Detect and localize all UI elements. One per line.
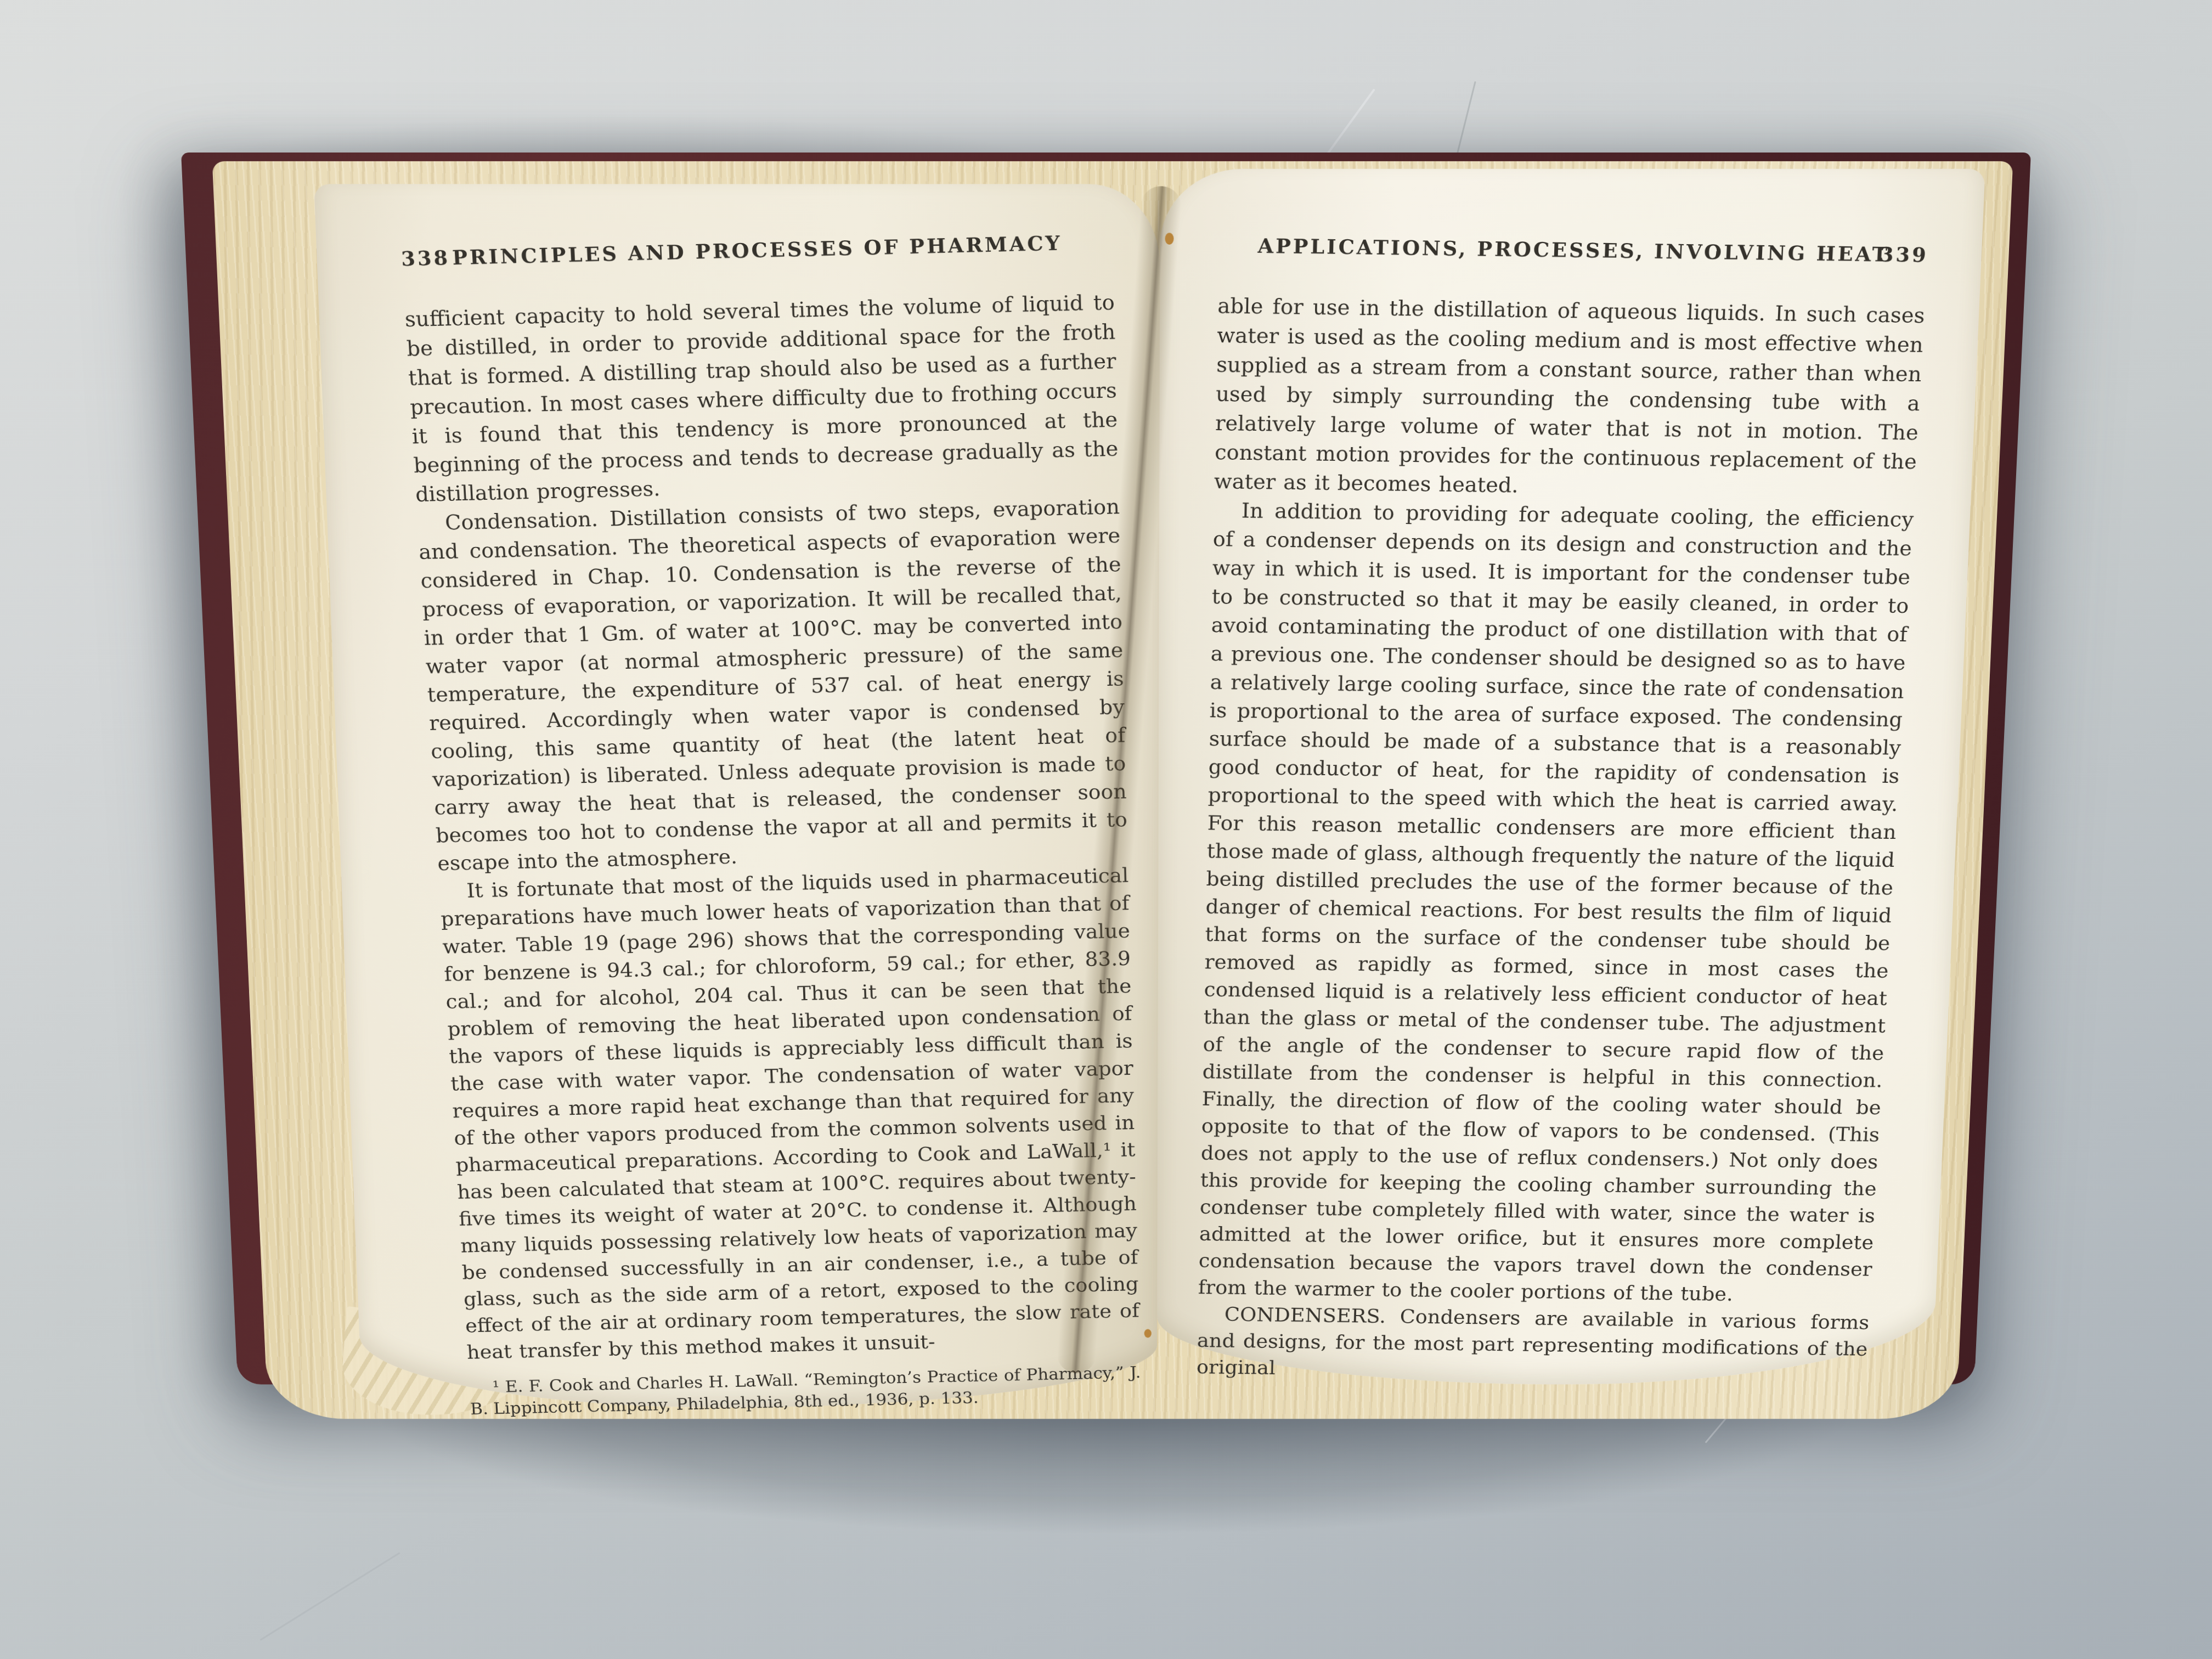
right-page-text: able for use in the distillation of aque… (1197, 291, 1926, 1389)
paragraph: Condensation. Distillation consists of t… (416, 493, 1128, 878)
photo-of-open-book: { "colors": { "background_top": "#dcdedd… (0, 0, 2212, 1659)
left-running-head: 338 PRINCIPLES AND PROCESSES OF PHARMACY (400, 230, 1114, 271)
right-page: APPLICATIONS, PROCESSES, INVOLVING HEAT … (1157, 169, 1985, 1385)
left-page-content: 338 PRINCIPLES AND PROCESSES OF PHARMACY… (400, 230, 1142, 1420)
left-page-text: sufficient capacity to hold several time… (404, 288, 1140, 1366)
left-page: 338 PRINCIPLES AND PROCESSES OF PHARMACY… (314, 184, 1160, 1407)
right-page-content: APPLICATIONS, PROCESSES, INVOLVING HEAT … (1197, 233, 1929, 1389)
headband-speck-bottom (1144, 1329, 1152, 1338)
paragraph: It is fortunate that most of the liquids… (438, 862, 1140, 1366)
book: 338 PRINCIPLES AND PROCESSES OF PHARMACY… (181, 153, 2031, 1437)
paragraph: In addition to providing for adequate co… (1198, 496, 1914, 1310)
left-page-number: 338 (400, 246, 450, 270)
left-running-title: PRINCIPLES AND PROCESSES OF PHARMACY (452, 231, 1062, 269)
paragraph: CONDENSERS. Condensers are available in … (1197, 1301, 1870, 1389)
headband-speck-top (1165, 233, 1174, 245)
paragraph: able for use in the distillation of aque… (1214, 291, 1926, 505)
right-page-number: 339 (1879, 242, 1929, 267)
right-running-title: APPLICATIONS, PROCESSES, INVOLVING HEAT (1257, 234, 1890, 266)
paragraph: sufficient capacity to hold several time… (404, 288, 1119, 510)
right-running-head: APPLICATIONS, PROCESSES, INVOLVING HEAT … (1218, 233, 1929, 267)
